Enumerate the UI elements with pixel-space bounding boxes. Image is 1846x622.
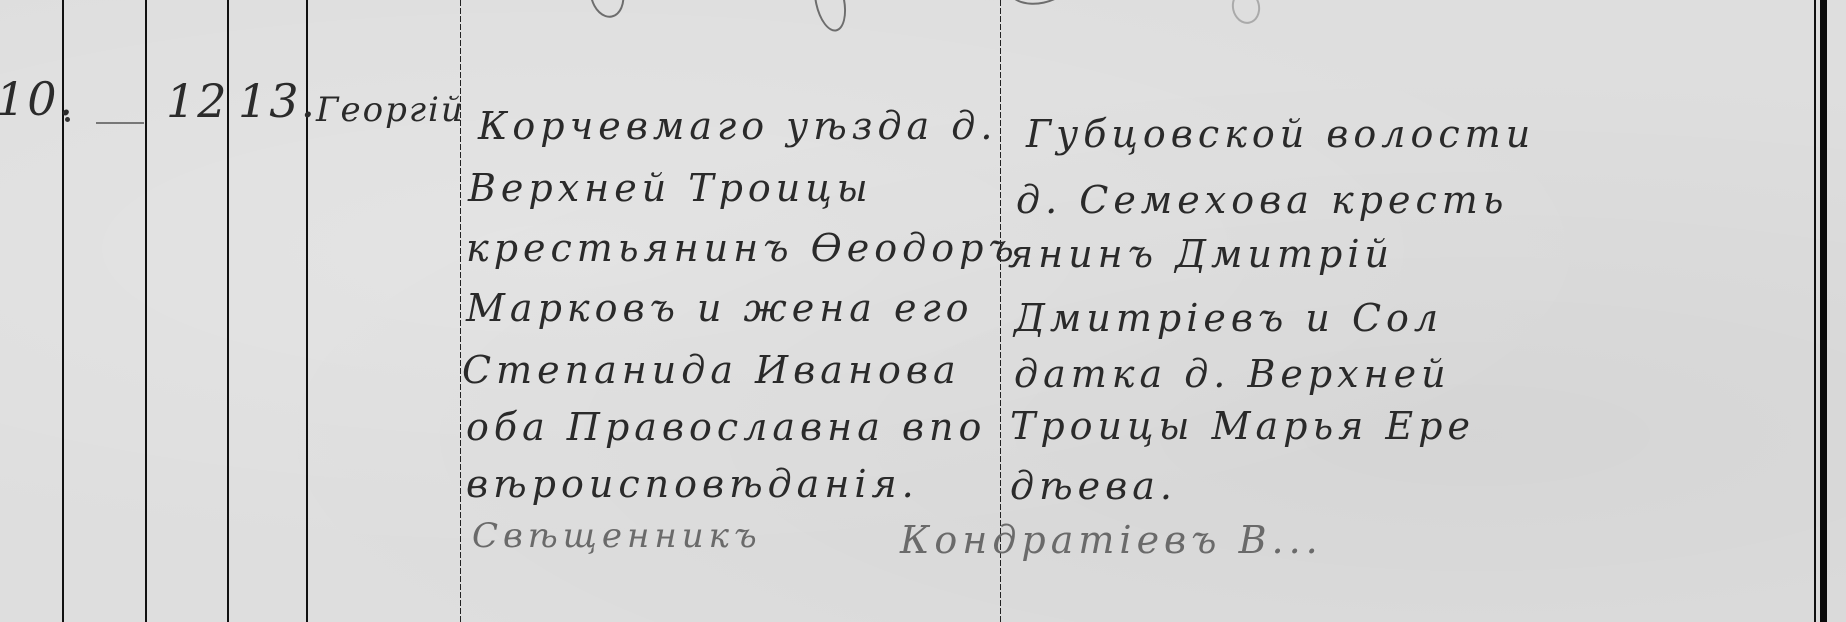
- empty-cell-dash: [96, 122, 144, 124]
- parents-line-6: оба Православна впо: [466, 405, 986, 449]
- top-stroke-fragment: [585, 0, 628, 21]
- child-name: Георгій: [316, 90, 465, 130]
- godparents-line-3: янинъ Дмитрій: [1008, 232, 1394, 276]
- parents-line-1: Корчевмаго уѣзда д.: [478, 104, 997, 148]
- top-stroke-fragment: [809, 0, 851, 34]
- date-day-1: 12: [166, 74, 229, 128]
- parents-line-5: Степанида Иванова: [462, 348, 961, 392]
- ink-dot: [65, 117, 70, 122]
- parents-line-2: Верхней Троицы: [468, 166, 873, 210]
- parents-line-4: Марковъ и жена его: [466, 286, 974, 330]
- signature-fragment-left: Свѣщенникъ: [472, 516, 762, 556]
- date-day-2: 13.: [238, 74, 317, 128]
- godparents-line-1: Губцовской волости: [1026, 112, 1535, 156]
- parents-line-3: крестьянинъ Ѳеодоръ: [466, 226, 1019, 270]
- top-stroke-fragment: [1005, 0, 1076, 10]
- godparents-line-4: Дмитріевъ и Сол: [1014, 296, 1443, 340]
- godparents-line-2: д. Семехова кресть: [1016, 178, 1508, 222]
- top-stroke-fragment: [1229, 0, 1263, 27]
- parents-line-7: вѣроисповѣданія.: [466, 462, 919, 506]
- right-border-heavy: [1820, 0, 1827, 622]
- signature-fragment-right: Кондратіевъ В...: [900, 518, 1323, 562]
- right-border-thin: [1814, 0, 1816, 622]
- register-page: 10. — 12 13. Георгій Корчевмаго уѣзда д.…: [0, 0, 1846, 622]
- godparents-line-7: дѣева.: [1010, 464, 1177, 508]
- godparents-line-5: датка д. Верхней: [1014, 352, 1451, 396]
- godparents-line-6: Троицы Марья Ере: [1010, 404, 1475, 448]
- column-rule-2: [145, 0, 147, 622]
- entry-number: 10.: [0, 72, 75, 126]
